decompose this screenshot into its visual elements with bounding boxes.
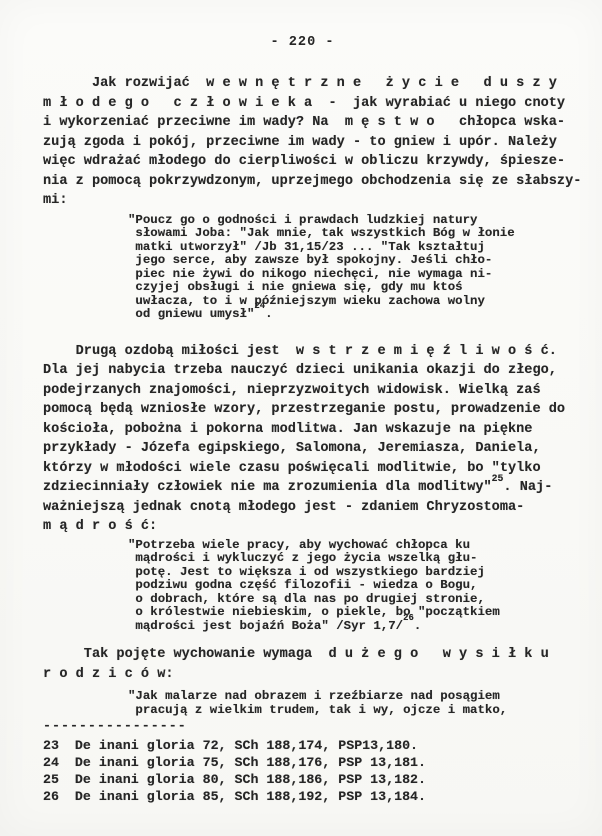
text-line: m ą d r o ś ć:: [43, 517, 582, 537]
text-line: przykłady - Józefa egipskiego, Salomona,…: [43, 439, 582, 459]
text-line: kościoła, pobożna i pokorna modlitwa. Ja…: [43, 420, 582, 440]
blockquote-jak-malarze: "Jak malarze nad obrazem i rzeźbiarze na…: [128, 690, 582, 717]
text-line: r o d z i c ó w:: [43, 665, 582, 685]
blockquote-potrzeba-wiele-pracy: "Potrzeba wiele pracy, aby wychować chło…: [128, 539, 582, 634]
text-line: Jak rozwijać w e w n ę t r z n e ż y c i…: [43, 74, 582, 94]
text-line: ważniejszą jednak cnotą młodego jest - z…: [43, 498, 582, 518]
text-line: nia z pomocą pokrzywdzonym, uprzejmego o…: [43, 172, 582, 192]
text-line: matki utworzył" /Jb 31,15/23 ... "Tak ks…: [128, 241, 582, 255]
text-line: piec nie żywi do nikogo niechęci, nie wy…: [128, 268, 582, 282]
text-line: Drugą ozdobą miłości jest w s t r z e m …: [43, 342, 582, 362]
text-line: mądrości i wykluczyć z jego życia wszelk…: [128, 552, 582, 566]
text-line: o dobrach, które są dla nas po drugiej s…: [128, 593, 582, 607]
text-line: Tak pojęte wychowanie wymaga d u ż e g o…: [43, 645, 582, 665]
text-line: zdziecinniały człowiek nie ma zrozumieni…: [43, 478, 582, 498]
text-line: 25 De inani gloria 80, SCh 188,186, PSP …: [43, 771, 582, 788]
text-line: mi:: [43, 191, 582, 211]
text-line: mądrości jest bojaźń Boża" /Syr 1,7/26.: [128, 620, 582, 634]
paragraph-wstrzemiezliwosc: Drugą ozdobą miłości jest w s t r z e m …: [43, 342, 582, 537]
text-line: pomocą będą wzniosłe wzory, przestrzegan…: [43, 400, 582, 420]
text-line: "Potrzeba wiele pracy, aby wychować chło…: [128, 539, 582, 553]
paragraph-wysilek-rodzicow: Tak pojęte wychowanie wymaga d u ż e g o…: [43, 645, 582, 684]
paragraph-intro: Jak rozwijać w e w n ę t r z n e ż y c i…: [43, 74, 582, 211]
text-line: m ł o d e g o c z ł o w i e k a - jak wy…: [43, 94, 582, 114]
text-line: jego serce, aby zawsze był spokojny. Jeś…: [128, 254, 582, 268]
text-line: 23 De inani gloria 72, SCh 188,174, PSP1…: [43, 737, 582, 754]
text-line: "Poucz go o godności i prawdach ludzkiej…: [128, 214, 582, 228]
text-line: od gniewu umysł"24.: [128, 308, 582, 322]
text-line: i wykorzeniać przeciwne im wady? Na m ę …: [43, 113, 582, 133]
text-line: czyjej obsługi i nie gniewa się, gdy mu …: [128, 281, 582, 295]
text-line: pracują z wielkim trudem, tak i wy, ojcz…: [128, 704, 582, 718]
text-line: zują zgoda i pokój, przeciwne im wady - …: [43, 133, 582, 153]
text-line: potę. Jest to większa i od wszystkiego b…: [128, 566, 582, 580]
text-line: 26 De inani gloria 85, SCh 188,192, PSP …: [43, 788, 582, 805]
text-line: Dla jej nabycia trzeba nauczyć dzieci un…: [43, 361, 582, 381]
text-line: "Jak malarze nad obrazem i rzeźbiarze na…: [128, 690, 582, 704]
text-line: uwłacza, to i w późniejszym wieku zachow…: [128, 295, 582, 309]
text-line: słowami Joba: "Jak mnie, tak wszystkich …: [128, 227, 582, 241]
footnote-separator: ----------------: [43, 720, 582, 732]
blockquote-poucz-go: "Poucz go o godności i prawdach ludzkiej…: [128, 214, 582, 322]
page-number: - 220 -: [43, 36, 582, 50]
text-line: więc wdrażać młodego do cierpliwości w o…: [43, 152, 582, 172]
page-content: - 220 - Jak rozwijać w e w n ę t r z n e…: [0, 0, 602, 805]
text-line: 24 De inani gloria 75, SCh 188,176, PSP …: [43, 754, 582, 771]
text-line: podejrzanych znajomości, nieprzyzwoitych…: [43, 381, 582, 401]
footnotes-list: 23 De inani gloria 72, SCh 188,174, PSP1…: [43, 737, 582, 805]
text-line: podziwu godna część filozofii - wiedza o…: [128, 579, 582, 593]
text-line: o królestwie niebieskim, o piekle, bo "p…: [128, 606, 582, 620]
scanned-document-page: - 220 - Jak rozwijać w e w n ę t r z n e…: [0, 0, 602, 836]
